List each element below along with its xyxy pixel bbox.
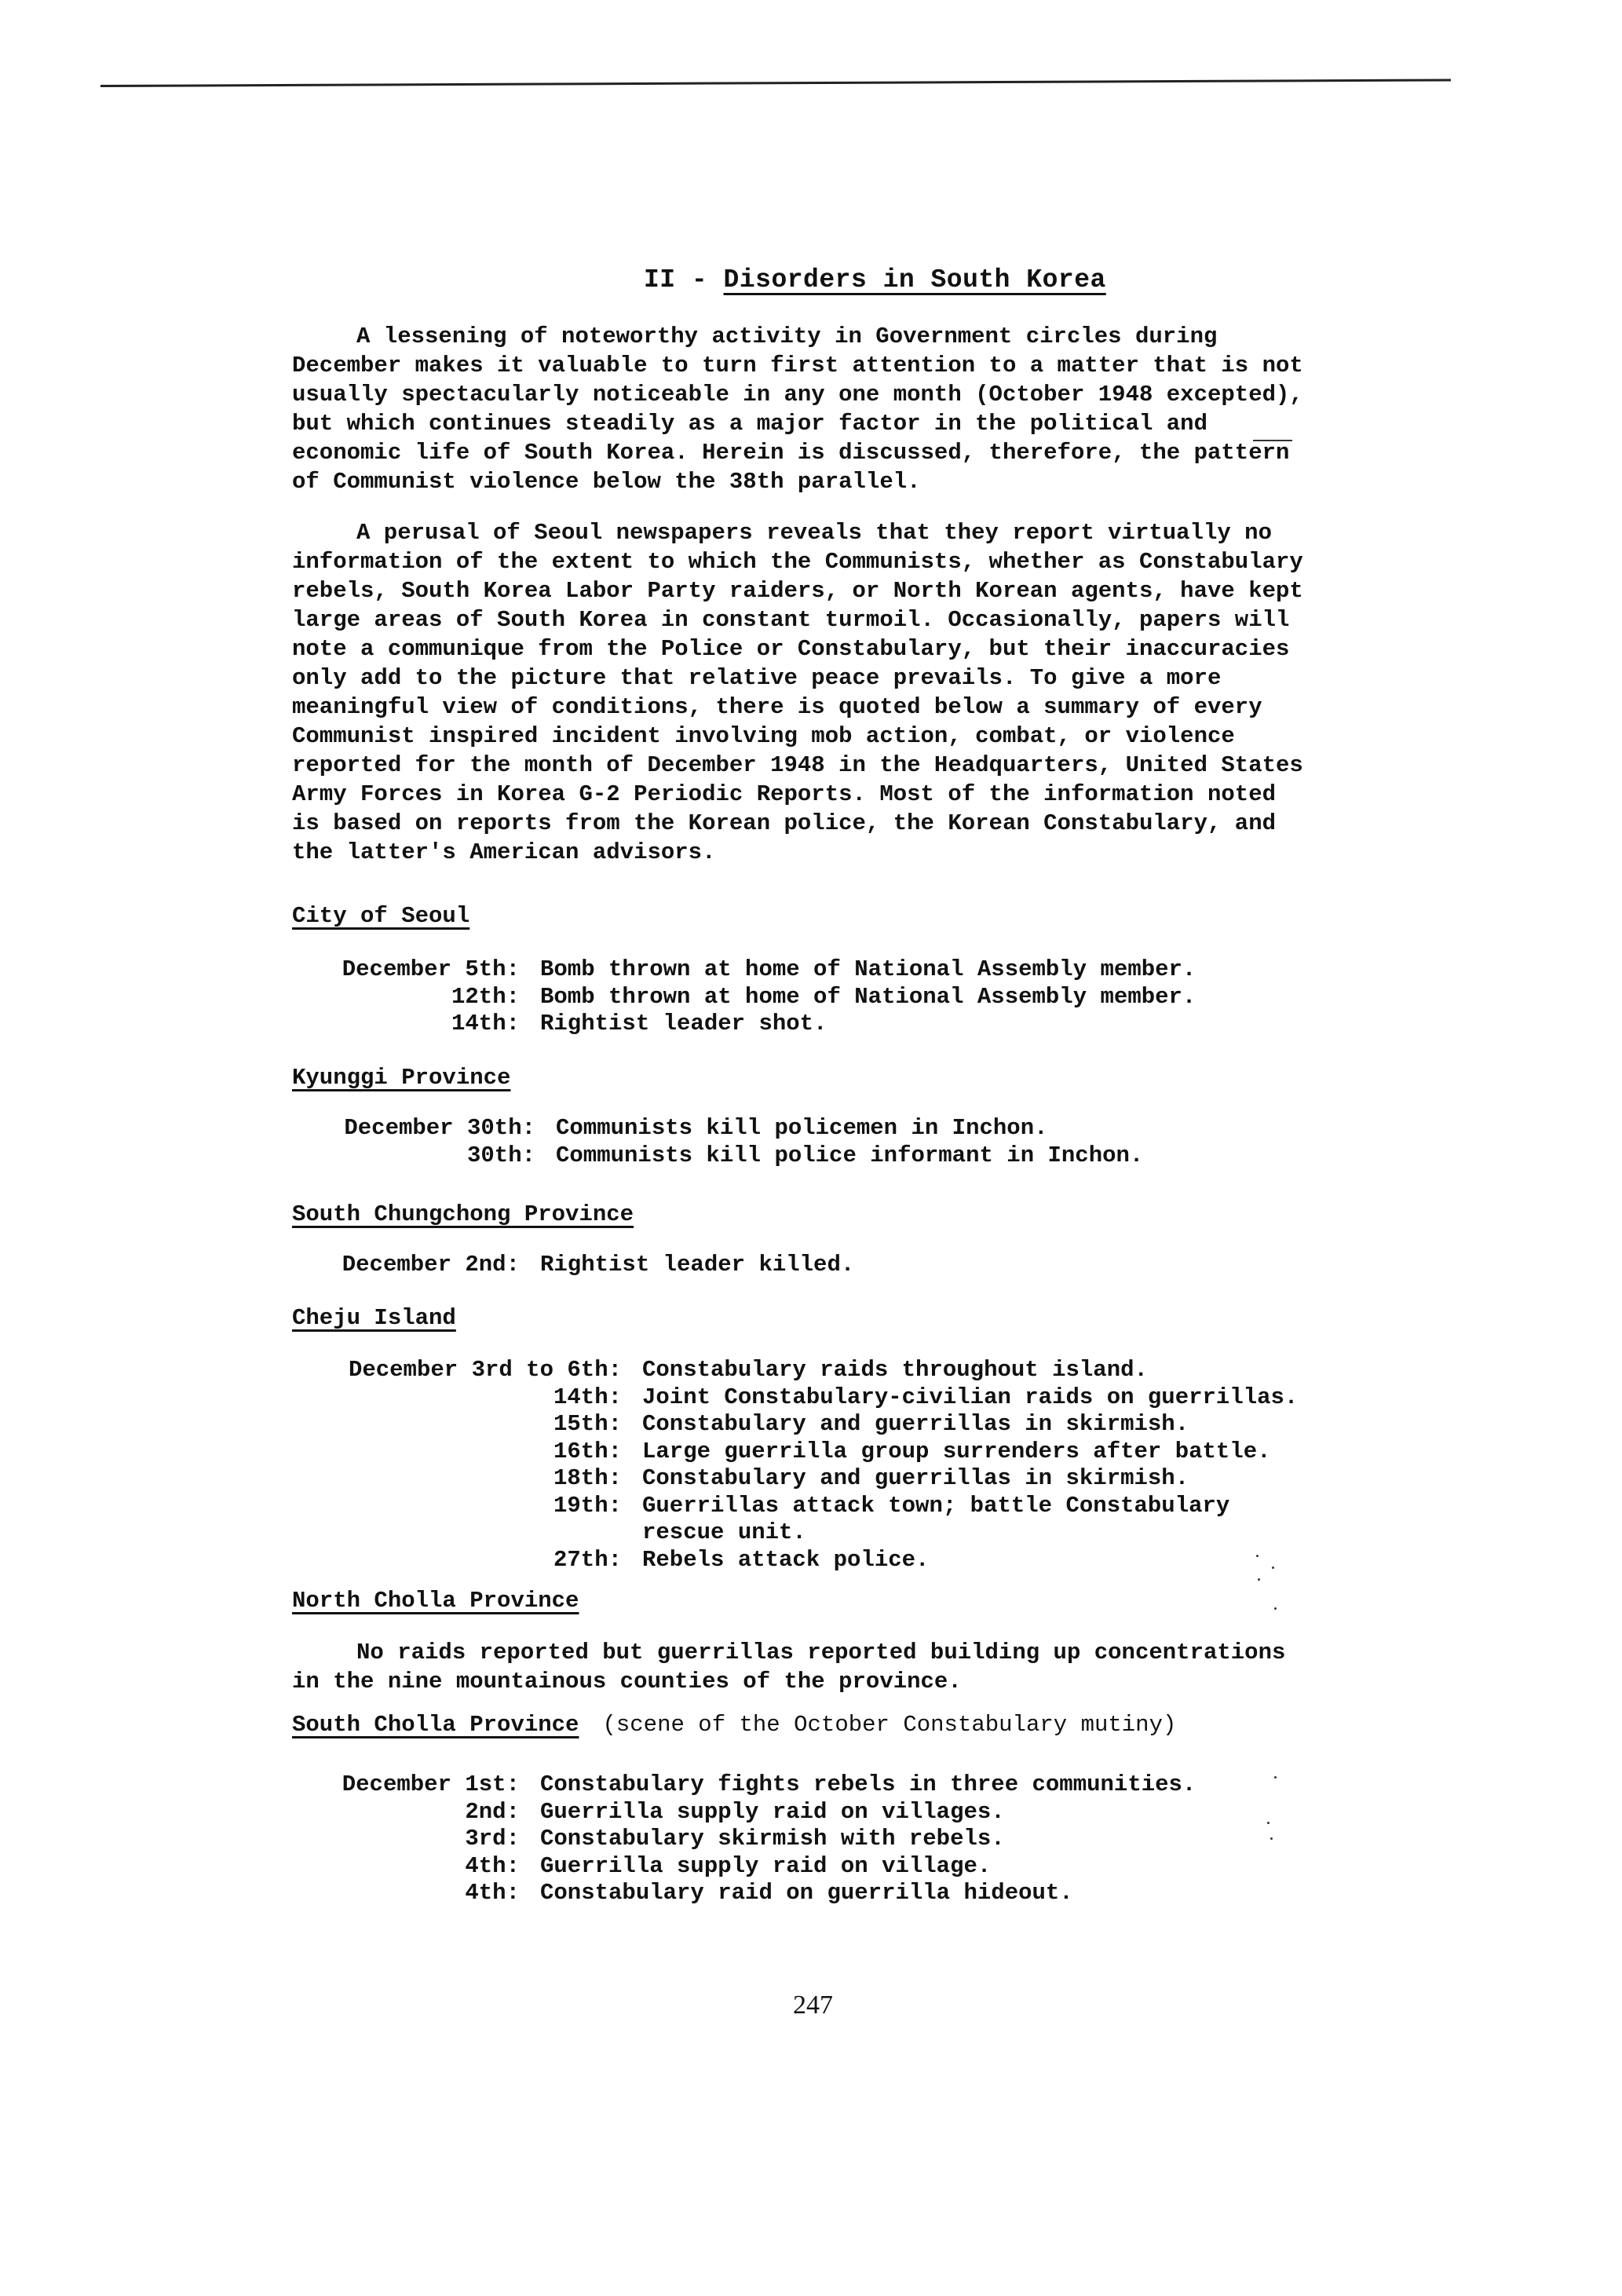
list-item: 14th:Rightist leader shot. — [323, 1011, 1196, 1038]
paragraph-text: A lessening of noteworthy activity in Go… — [292, 322, 1305, 496]
list-item: 30th:Communists kill police informant in… — [323, 1143, 1143, 1170]
entry-text: Constabulary fights rebels in three comm… — [540, 1771, 1196, 1799]
list-item: 15th:Constabulary and guerrillas in skir… — [323, 1411, 1298, 1439]
section-number: II - — [644, 265, 724, 294]
heading-south-cholla-province: South Cholla Province(scene of the Octob… — [292, 1712, 1176, 1738]
intro-paragraph-1: A lessening of noteworthy activity in Go… — [292, 322, 1305, 496]
list-item: December 5th:Bomb thrown at home of Nati… — [323, 956, 1196, 984]
list-item: 12th:Bomb thrown at home of National Ass… — [323, 984, 1196, 1011]
scan-speck — [1272, 1567, 1274, 1569]
entries-city-of-seoul: December 5th:Bomb thrown at home of Nati… — [323, 956, 1196, 1038]
entry-date: 14th: — [323, 1011, 520, 1038]
scan-speck — [1274, 1607, 1277, 1610]
scan-speck — [1258, 1578, 1260, 1581]
entry-text: Guerrilla supply raid on village. — [540, 1853, 991, 1881]
entry-text: Constabulary and guerrillas in skirmish. — [642, 1465, 1189, 1493]
entry-date: 14th: — [323, 1384, 622, 1412]
entry-date: December 30th: — [323, 1115, 535, 1143]
entry-text: Constabulary and guerrillas in skirmish. — [642, 1411, 1189, 1439]
entry-text: Constabulary raid on guerrilla hideout. — [540, 1880, 1073, 1907]
list-item: December 3rd to 6th:Constabulary raids t… — [323, 1357, 1298, 1384]
heading-text: South Cholla Province — [292, 1712, 579, 1738]
list-item: 16th:Large guerrilla group surrenders af… — [323, 1439, 1298, 1466]
list-item: December 30th:Communists kill policemen … — [323, 1115, 1143, 1143]
scan-speck — [1256, 1555, 1259, 1557]
entry-date: December 2nd: — [323, 1252, 520, 1279]
entry-text: Rightist leader killed. — [540, 1252, 854, 1279]
list-item: 2nd:Guerrilla supply raid on villages. — [323, 1799, 1196, 1826]
list-item: 3rd:Constabulary skirmish with rebels. — [323, 1826, 1196, 1853]
heading-south-chungchong-province: South Chungchong Province — [292, 1201, 634, 1227]
entry-text: Communists kill policemen in Inchon. — [556, 1115, 1048, 1143]
entry-date: 12th: — [323, 984, 520, 1011]
entry-date: 15th: — [323, 1411, 622, 1439]
north-cholla-paragraph: No raids reported but guerrillas reporte… — [292, 1638, 1305, 1696]
list-item: 4th:Constabulary raid on guerrilla hideo… — [323, 1880, 1196, 1907]
heading-kyunggi-province: Kyunggi Province — [292, 1065, 510, 1091]
entry-text: Large guerrilla group surrenders after b… — [642, 1439, 1271, 1466]
paragraph-text: No raids reported but guerrillas reporte… — [292, 1638, 1305, 1696]
entry-date: 30th: — [323, 1143, 535, 1170]
entry-date: December 5th: — [323, 956, 520, 984]
scan-speck — [1267, 1822, 1269, 1824]
entry-text: Communists kill police informant in Inch… — [556, 1143, 1143, 1170]
entry-text: Bomb thrown at home of National Assembly… — [540, 984, 1196, 1011]
margin-mark — [1253, 440, 1292, 441]
entry-date: 2nd: — [323, 1799, 520, 1826]
paragraph-text: A perusal of Seoul newspapers reveals th… — [292, 518, 1305, 867]
heading-cheju-island: Cheju Island — [292, 1305, 456, 1331]
entry-text: Rightist leader shot. — [540, 1011, 827, 1038]
entry-date: 27th: — [323, 1547, 622, 1574]
heading-note: (scene of the October Constabulary mutin… — [602, 1712, 1176, 1738]
heading-city-of-seoul: City of Seoul — [292, 903, 469, 929]
entries-kyunggi-province: December 30th:Communists kill policemen … — [323, 1115, 1143, 1169]
entry-date: 4th: — [323, 1880, 520, 1907]
top-rule — [100, 79, 1451, 87]
entries-south-chungchong-province: December 2nd:Rightist leader killed. — [323, 1252, 854, 1279]
section-title: II - Disorders in South Korea — [644, 265, 1106, 294]
entry-text: Bomb thrown at home of National Assembly… — [540, 956, 1196, 984]
scan-speck — [1274, 1776, 1277, 1779]
entry-text: Joint Constabulary-civilian raids on gue… — [642, 1384, 1298, 1412]
list-item: 27th:Rebels attack police. — [323, 1547, 1298, 1574]
entry-date: December 1st: — [323, 1771, 520, 1799]
entry-date: 4th: — [323, 1853, 520, 1881]
list-item: 18th:Constabulary and guerrillas in skir… — [323, 1465, 1298, 1493]
list-item: December 1st:Constabulary fights rebels … — [323, 1771, 1196, 1799]
entry-text: Constabulary raids throughout island. — [642, 1357, 1148, 1384]
entry-text: Guerrillas attack town; battle Constabul… — [642, 1493, 1229, 1547]
entry-text: Constabulary skirmish with rebels. — [540, 1826, 1005, 1853]
list-item: 19th:Guerrillas attack town; battle Cons… — [323, 1493, 1298, 1547]
entry-date: December 3rd to 6th: — [323, 1357, 622, 1384]
section-title-text: Disorders in South Korea — [724, 265, 1106, 294]
entry-text: Guerrilla supply raid on villages. — [540, 1799, 1005, 1826]
intro-paragraph-2: A perusal of Seoul newspapers reveals th… — [292, 518, 1305, 867]
entry-date: 16th: — [323, 1439, 622, 1466]
entry-date: 18th: — [323, 1465, 622, 1493]
scan-speck — [1270, 1837, 1273, 1840]
entry-text: Rebels attack police. — [642, 1547, 929, 1574]
list-item: 14th:Joint Constabulary-civilian raids o… — [323, 1384, 1298, 1412]
entries-south-cholla-province: December 1st:Constabulary fights rebels … — [323, 1771, 1196, 1907]
page-number: 247 — [793, 1991, 833, 2020]
heading-north-cholla-province: North Cholla Province — [292, 1588, 579, 1614]
list-item: 4th:Guerrilla supply raid on village. — [323, 1853, 1196, 1881]
entry-date: 19th: — [323, 1493, 622, 1547]
list-item: December 2nd:Rightist leader killed. — [323, 1252, 854, 1279]
entry-date: 3rd: — [323, 1826, 520, 1853]
entries-cheju-island: December 3rd to 6th:Constabulary raids t… — [323, 1357, 1298, 1574]
